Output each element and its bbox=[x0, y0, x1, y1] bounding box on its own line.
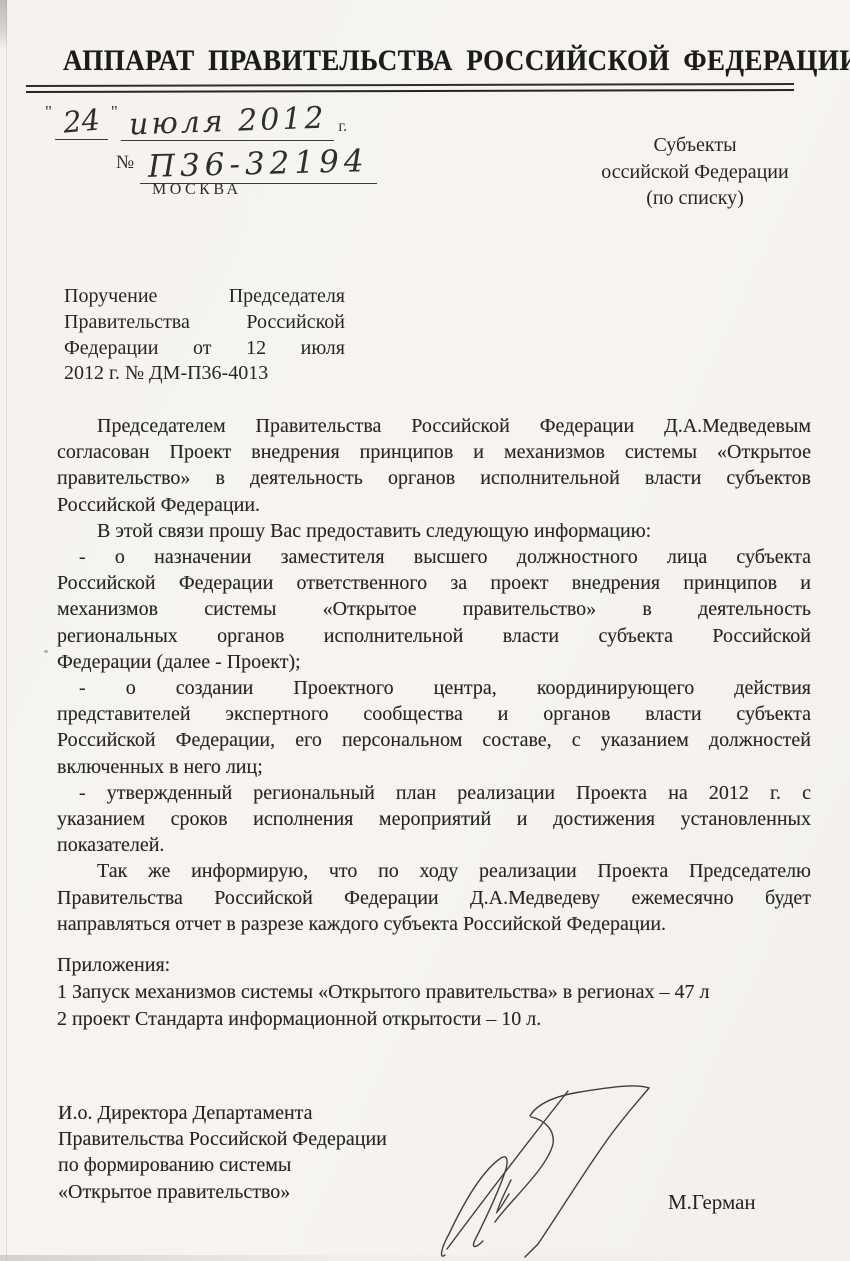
handwritten-day: 24 bbox=[62, 102, 102, 139]
body-line: Российской Федерации ответственного за п… bbox=[57, 570, 811, 596]
number-sign: № bbox=[116, 152, 134, 173]
body-line: В этой связи прошу Вас предоставить след… bbox=[57, 518, 811, 544]
body-line: направляться отчет в разрезе каждого суб… bbox=[57, 911, 811, 937]
signature-stroke-hook bbox=[495, 1117, 553, 1222]
text-line: Субъекты bbox=[545, 132, 845, 159]
body-line: Правительства Российской Федерации Д.А.М… bbox=[57, 885, 811, 911]
body-paragraph: Председателем Правительства Российской Ф… bbox=[57, 413, 811, 518]
reference-block: Поручение ПредседателяПравительства Росс… bbox=[64, 284, 345, 387]
text-line: «Открытое правительство» bbox=[58, 1179, 478, 1205]
signature-stroke-left-loop bbox=[442, 1157, 508, 1256]
attachments-title: Приложения: bbox=[57, 952, 811, 979]
body-line: - утвержденный региональный план реализа… bbox=[57, 780, 811, 806]
open-quote: " bbox=[42, 102, 55, 121]
text-line: (по списку) bbox=[545, 185, 845, 212]
text-line: 2012 г. № ДМ-П36-4013 bbox=[64, 361, 345, 387]
body-line: Председателем Правительства Российской Ф… bbox=[57, 413, 811, 439]
body-line: Федерации (далее - Проект); bbox=[57, 649, 811, 675]
body-paragraph: - о назначении заместителя высшего должн… bbox=[57, 544, 811, 675]
body-paragraph: - о создании Проектного центра, координи… bbox=[57, 675, 811, 780]
body-line: - о создании Проектного центра, координи… bbox=[57, 675, 811, 701]
signature-stroke-inner bbox=[497, 1180, 511, 1212]
text-line: 1 Запуск механизмов системы «Открытого п… bbox=[57, 979, 811, 1006]
body-line: включенных в него лиц; bbox=[57, 754, 811, 780]
date-line: "24"июля 2012г. bbox=[42, 102, 347, 141]
attachments-list: 1 Запуск механизмов системы «Открытого п… bbox=[57, 979, 811, 1033]
body-line: согласован Проект внедрения принципов и … bbox=[57, 439, 811, 465]
body-paragraph: В этой связи прошу Вас предоставить след… bbox=[57, 518, 811, 544]
text-line: оссийской Федерации bbox=[545, 159, 845, 186]
number-line: №П36-32194 bbox=[116, 146, 377, 184]
text-line: Поручение Председателя bbox=[64, 284, 345, 310]
city-label: МОСКВА bbox=[152, 181, 242, 199]
text-line: 2 проект Стандарта информационной открыт… bbox=[57, 1006, 811, 1033]
handwritten-number: П36-32194 bbox=[148, 143, 369, 185]
body-line: механизмов системы «Открытое правительст… bbox=[57, 596, 811, 622]
close-quote: " bbox=[108, 102, 121, 121]
body-paragraph: - утвержденный региональный план реализа… bbox=[57, 780, 811, 859]
date-month-underline: июля 2012 bbox=[121, 104, 335, 141]
body-line: представителей экспертного сообщества и … bbox=[57, 701, 811, 727]
text-line: Федерации от 12 июля bbox=[64, 336, 345, 362]
body-line: - о назначении заместителя высшего должн… bbox=[57, 544, 811, 570]
signature-stroke-main-loop bbox=[525, 1086, 649, 1257]
body-text: Председателем Правительства Российской Ф… bbox=[57, 413, 811, 937]
attachments-block: Приложения: 1 Запуск механизмов системы … bbox=[57, 952, 811, 1033]
body-line: указанием сроков исполнения мероприятий … bbox=[57, 806, 811, 832]
letterhead-title: АППАРАТ ПРАВИТЕЛЬСТВА РОССИЙСКОЙ ФЕДЕРАЦ… bbox=[63, 44, 747, 78]
body-paragraph: Так же информирую, что по ходу реализаци… bbox=[57, 858, 811, 937]
body-line: региональных органов исполнительной влас… bbox=[57, 623, 811, 649]
body-line: Так же информирую, что по ходу реализаци… bbox=[57, 858, 811, 884]
scan-artifact-speck bbox=[44, 650, 48, 653]
text-line: Правительства Российской Федерации bbox=[58, 1126, 478, 1152]
body-line: Российской Федерации. bbox=[57, 492, 811, 518]
year-suffix-label: г. bbox=[338, 118, 347, 135]
scan-artifact-left-edge-line bbox=[6, 0, 7, 1261]
text-line: по формированию системы bbox=[58, 1152, 478, 1178]
body-line: показателей. bbox=[57, 832, 811, 858]
addressee-block: Субъектыоссийской Федерации(по списку) bbox=[545, 132, 845, 212]
text-line: Правительства Российской bbox=[64, 310, 345, 336]
signature-scribble bbox=[425, 1048, 675, 1261]
body-line: Российской Федерации, его персональном с… bbox=[57, 727, 811, 753]
text-line: И.о. Директора Департамента bbox=[58, 1100, 478, 1126]
signatory-position-block: И.о. Директора ДепартаментаПравительства… bbox=[58, 1100, 478, 1205]
number-underline: П36-32194 bbox=[140, 146, 377, 184]
scanned-letter-page: АППАРАТ ПРАВИТЕЛЬСТВА РОССИЙСКОЙ ФЕДЕРАЦ… bbox=[0, 0, 850, 1261]
body-line: правительство» в деятельность органов ис… bbox=[57, 465, 811, 491]
handwritten-month-year: июля 2012 bbox=[128, 101, 327, 143]
date-day-underline: 24 bbox=[55, 104, 108, 140]
signatory-name: М.Герман bbox=[668, 1190, 756, 1215]
letterhead-double-rule bbox=[26, 83, 794, 93]
